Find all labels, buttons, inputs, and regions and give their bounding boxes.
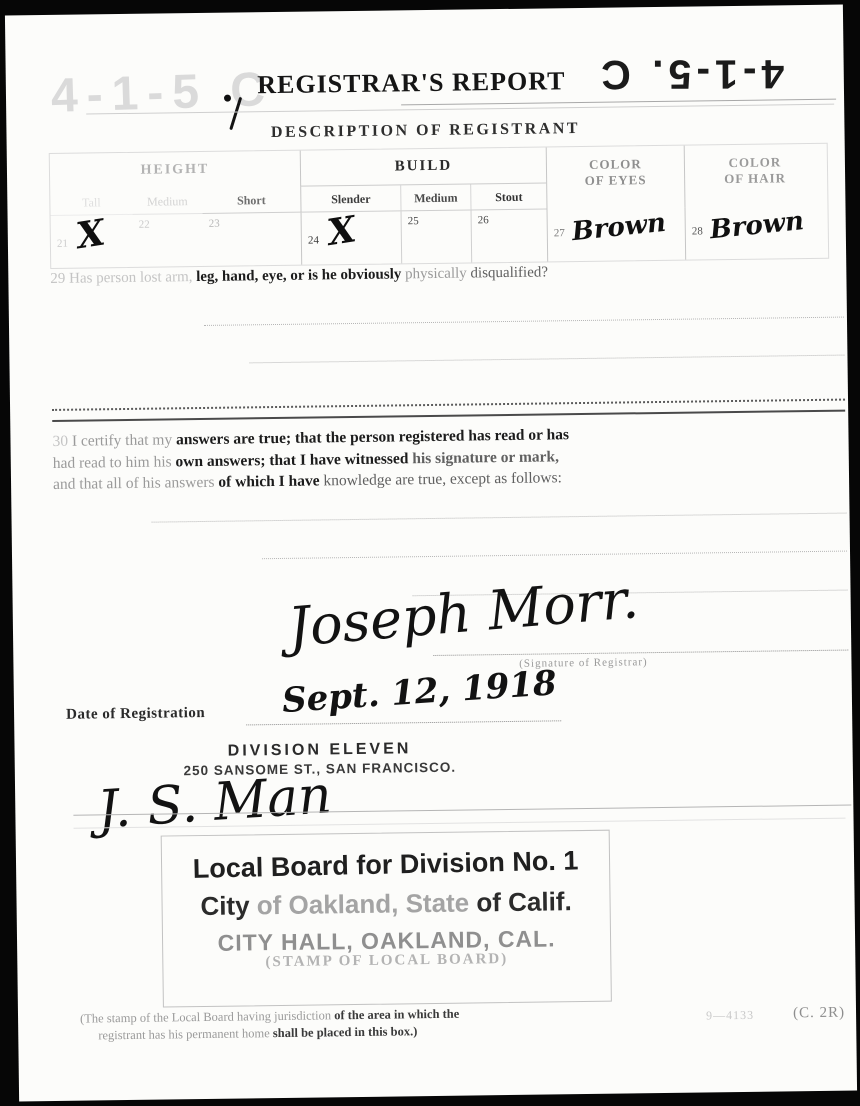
cert-l3-dark: of which I have bbox=[218, 472, 319, 490]
certification-number: 30 bbox=[52, 433, 68, 450]
board-stamp-line2-dark1: City bbox=[200, 890, 257, 921]
height-group-header: HEIGHT bbox=[50, 151, 300, 190]
signature-line bbox=[433, 650, 848, 656]
cell-stout-number: 26 bbox=[478, 214, 489, 226]
color-of-hair-header: COLOR OF HAIR bbox=[684, 144, 826, 208]
registrar-signature-2: J. S. Man bbox=[96, 765, 334, 840]
cert-l1-faint: I certify that my bbox=[72, 431, 176, 449]
scanned-card-background: 4-1-5 C REGISTRAR'S REPORT 4-1-5. C DESC… bbox=[0, 0, 860, 1106]
footer-note: (The stamp of the Local Board having jur… bbox=[80, 1004, 605, 1045]
cert-l3-mid: knowledge are true, except as follows: bbox=[319, 469, 562, 489]
board-stamp-line2-dark2: of Calif. bbox=[476, 886, 572, 917]
cell-slender: 24 X bbox=[301, 211, 402, 264]
answer-line-2 bbox=[249, 355, 844, 364]
cert-l3-faint: and that all of his answers bbox=[53, 474, 219, 493]
cell-medium-height: 22 bbox=[133, 214, 204, 267]
footer-note-l1-faint: (The stamp of the Local Board having jur… bbox=[80, 1008, 334, 1025]
section-divider-line bbox=[52, 410, 845, 422]
description-table: HEIGHT BUILD COLOR OF EYES COLOR OF HAIR… bbox=[49, 143, 829, 269]
cell-medium-build-number: 25 bbox=[408, 215, 419, 227]
form-number: 9—4133 bbox=[706, 1008, 754, 1024]
exception-line-2 bbox=[262, 551, 847, 560]
pen-dot bbox=[224, 95, 231, 102]
footer-note-l1-dark: of the area in which the bbox=[334, 1007, 459, 1023]
local-board-stamp-box: Local Board for Division No. 1 City of O… bbox=[161, 830, 612, 1008]
serial-stamp-inverted: 4-1-5. C bbox=[538, 50, 843, 98]
eyes-header-line1: COLOR bbox=[589, 156, 642, 172]
cert-l1-dark: answers are true; that the person regist… bbox=[176, 426, 569, 448]
corner-code: (C. 2R) bbox=[793, 1005, 845, 1023]
question-29-part1: Has person lost arm, bbox=[69, 269, 193, 287]
cell-medium-height-number: 22 bbox=[139, 219, 150, 231]
division-stamp-line1: DIVISION ELEVEN bbox=[144, 739, 494, 762]
col-label-stout: Stout bbox=[470, 183, 546, 210]
cell-tall: 21 X bbox=[51, 215, 134, 268]
date-line bbox=[246, 720, 561, 725]
registration-date-handwriting: Sept. 12, 1918 bbox=[281, 663, 558, 721]
cell-short: 23 bbox=[203, 213, 302, 266]
date-of-registration-label: Date of Registration bbox=[66, 705, 205, 724]
col-label-short: Short bbox=[202, 187, 300, 214]
slender-checkmark: X bbox=[325, 214, 357, 248]
question-29-part3: physically bbox=[405, 266, 467, 283]
cell-eye-color: 27 Brown bbox=[547, 208, 686, 262]
cell-eye-number: 27 bbox=[554, 227, 565, 239]
eye-color-handwriting: Brown bbox=[570, 208, 667, 247]
cert-l2-mid: his signature or mark, bbox=[408, 448, 559, 467]
build-group-header: BUILD bbox=[300, 147, 546, 186]
cert-l2-dark: own answers; that I have witnessed bbox=[175, 450, 408, 470]
color-of-eyes-header: COLOR OF EYES bbox=[546, 146, 685, 210]
cell-tall-number: 21 bbox=[57, 238, 68, 250]
tall-checkmark: X bbox=[74, 217, 106, 251]
board-stamp-line1: Local Board for Division No. 1 bbox=[162, 845, 610, 886]
page-title: REGISTRAR'S REPORT bbox=[239, 66, 584, 101]
eyes-header-line2: OF EYES bbox=[585, 172, 647, 188]
col-label-medium-build: Medium bbox=[400, 184, 470, 211]
cell-slender-number: 24 bbox=[308, 234, 319, 246]
cell-hair-number: 28 bbox=[692, 225, 703, 237]
registrar-signature: Joseph Morr. bbox=[286, 567, 641, 659]
cell-stout: 26 bbox=[471, 209, 548, 262]
exception-line-1 bbox=[152, 513, 847, 523]
answer-line-1 bbox=[204, 317, 844, 326]
cell-medium-build: 25 bbox=[401, 210, 472, 263]
question-29-part2: leg, hand, eye, or is he obviously bbox=[196, 266, 401, 285]
board-stamp-line2-faded: of Oakland, State bbox=[257, 887, 477, 920]
cell-short-number: 23 bbox=[209, 218, 220, 230]
hair-header-line1: COLOR bbox=[728, 154, 781, 170]
certification-paragraph: 30 I certify that my answers are true; t… bbox=[52, 421, 847, 496]
footer-note-l2-dark: shall be placed in this box.) bbox=[273, 1024, 418, 1040]
footer-note-l2-faint: registrant has his permanent home bbox=[98, 1026, 273, 1042]
col-label-tall: Tall bbox=[50, 189, 132, 216]
cell-hair-color: 28 Brown bbox=[685, 206, 827, 260]
question-29-part4: disqualified? bbox=[470, 264, 548, 281]
hair-header-line2: OF HAIR bbox=[724, 170, 786, 186]
cert-l2-faint: had read to him his bbox=[53, 453, 176, 472]
answer-line-3 bbox=[52, 399, 845, 411]
question-29-number: 29 bbox=[50, 271, 65, 287]
board-stamp-line2: City of Oakland, State of Calif. bbox=[162, 886, 609, 923]
col-label-medium-height: Medium bbox=[132, 188, 202, 215]
registration-card-page: 4-1-5 C REGISTRAR'S REPORT 4-1-5. C DESC… bbox=[5, 5, 857, 1102]
hair-color-handwriting: Brown bbox=[708, 206, 805, 245]
